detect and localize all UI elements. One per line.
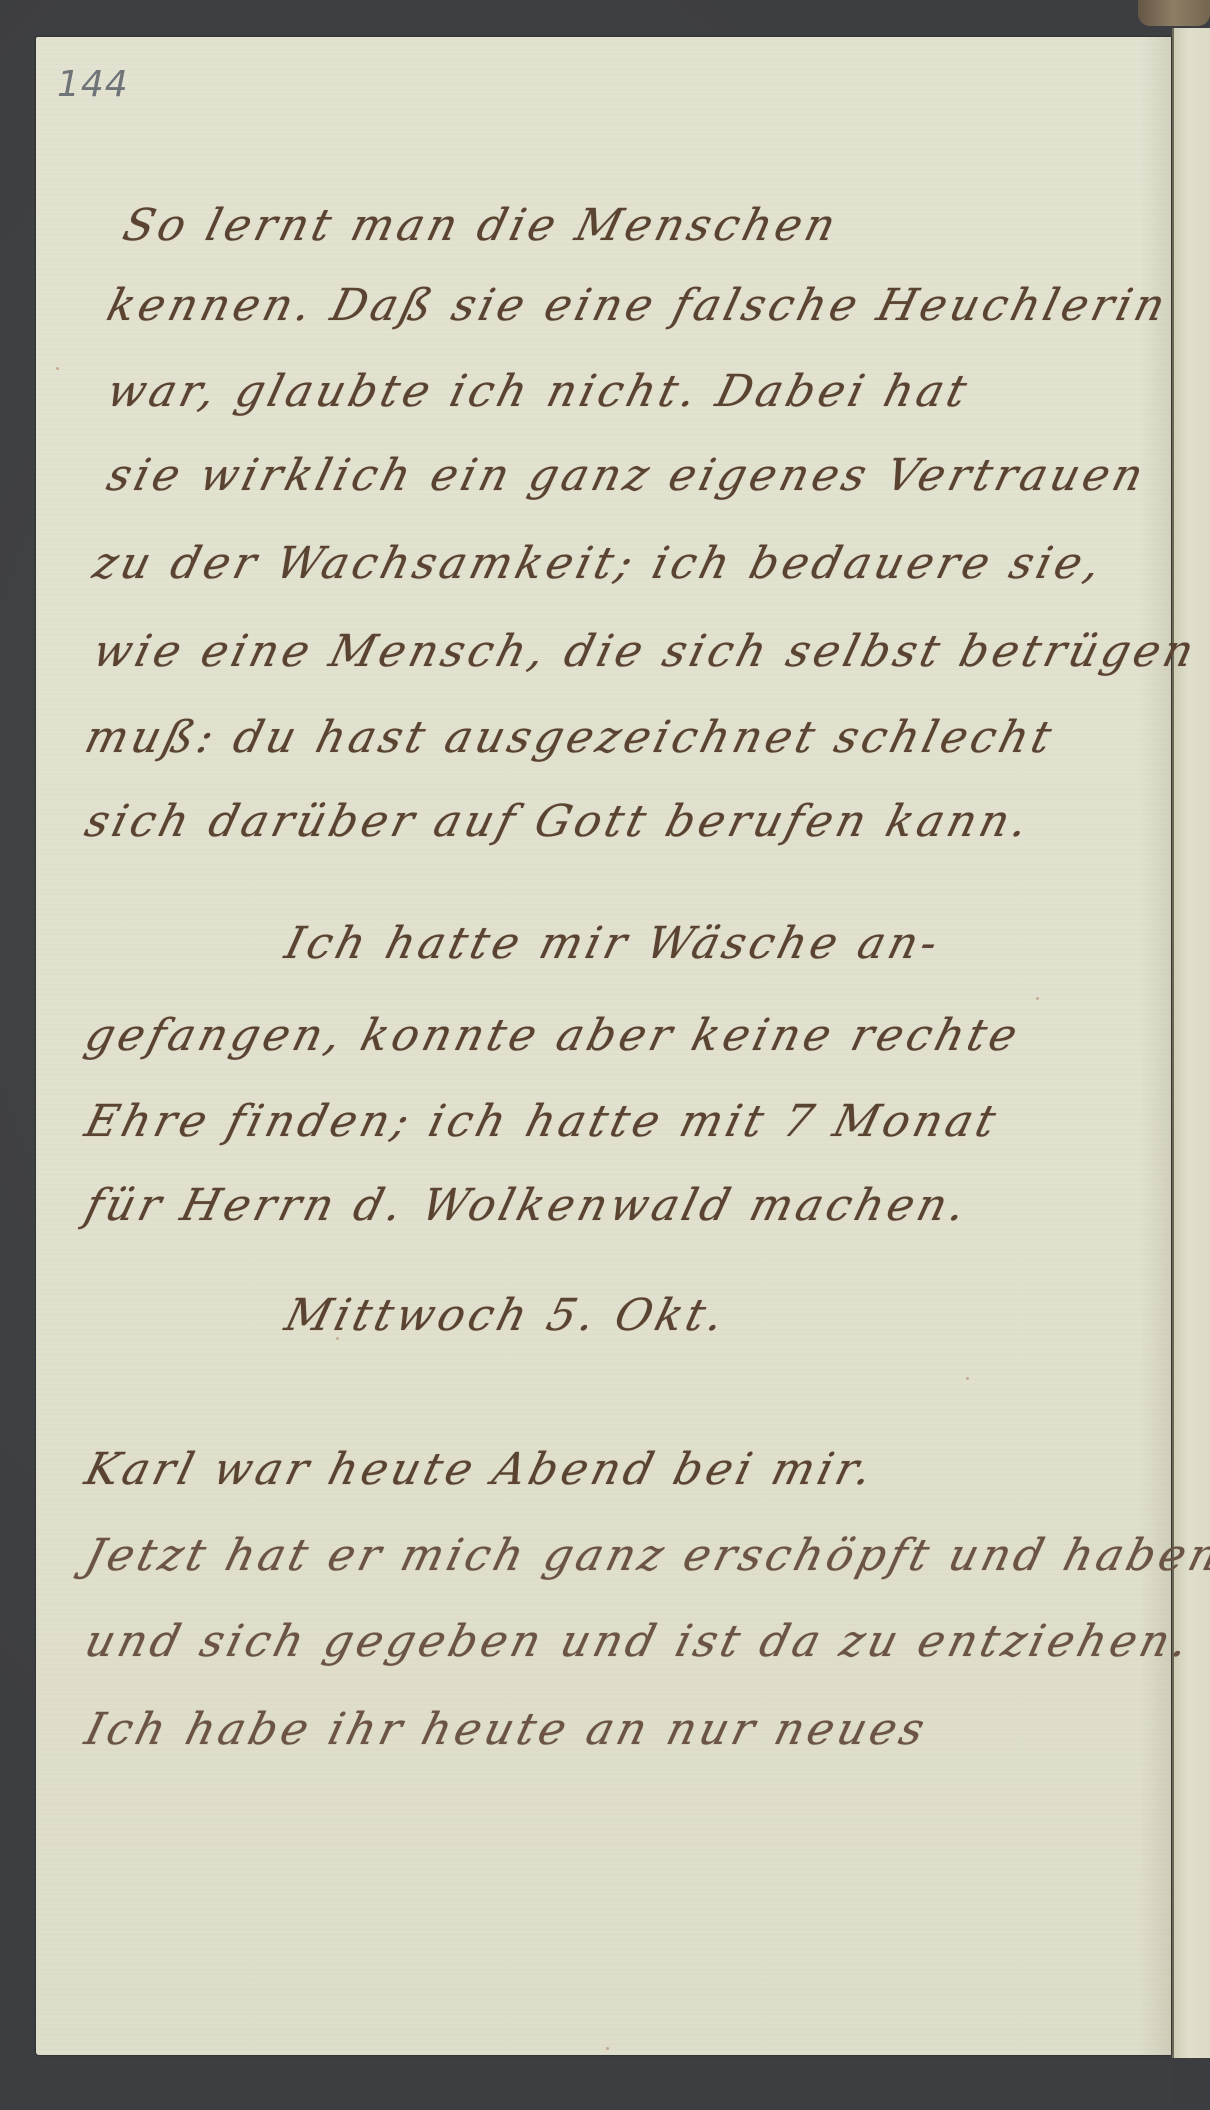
manuscript-line-indented: Ich hatte mir Wäsche an-: [280, 918, 946, 969]
manuscript-line: Karl war heute Abend bei mir.: [80, 1444, 881, 1495]
adjacent-page-edge: [1172, 28, 1210, 2058]
paper-speck: [606, 2047, 609, 2050]
binding-tab: [1138, 0, 1210, 26]
manuscript-line: war, glaubte ich nicht. Dabei hat: [102, 366, 976, 417]
manuscript-line: Ehre finden; ich hatte mit 7 Monat: [80, 1096, 1005, 1147]
manuscript-line: muß: du hast ausgezeichnet schlecht: [80, 712, 1060, 763]
scan-background: 144 So lernt man die Menschen kennen. Da…: [0, 0, 1210, 2110]
manuscript-line: kennen. Daß sie eine falsche Heuchlerin: [102, 280, 1174, 331]
manuscript-line: sich darüber auf Gott berufen kann.: [80, 796, 1037, 847]
manuscript-line: So lernt man die Menschen: [118, 200, 844, 251]
entry-date-heading: Mittwoch 5. Okt.: [280, 1290, 733, 1341]
manuscript-line: und sich gegeben und ist da zu entziehen…: [80, 1616, 1197, 1667]
manuscript-line: wie eine Mensch, die sich selbst betrüge…: [88, 626, 1203, 677]
paper-speck: [1036, 997, 1039, 1000]
manuscript-line: gefangen, konnte aber keine rechte: [80, 1010, 1026, 1061]
manuscript-line: zu der Wachsamkeit; ich bedauere sie,: [88, 538, 1110, 589]
background-corner: [1172, 2058, 1210, 2110]
folio-number: 144: [57, 64, 129, 105]
manuscript-line: sie wirklich ein ganz eigenes Vertrauen: [102, 450, 1152, 501]
manuscript-line: Jetzt hat er mich ganz erschöpft und hab…: [80, 1530, 1210, 1581]
paper-speck: [966, 1377, 969, 1380]
paper-speck: [56, 367, 59, 370]
manuscript-line: Ich habe ihr heute an nur neues: [80, 1704, 933, 1755]
gutter-shadow: [1140, 37, 1172, 2055]
manuscript-line: für Herrn d. Wolkenwald machen.: [80, 1180, 975, 1231]
